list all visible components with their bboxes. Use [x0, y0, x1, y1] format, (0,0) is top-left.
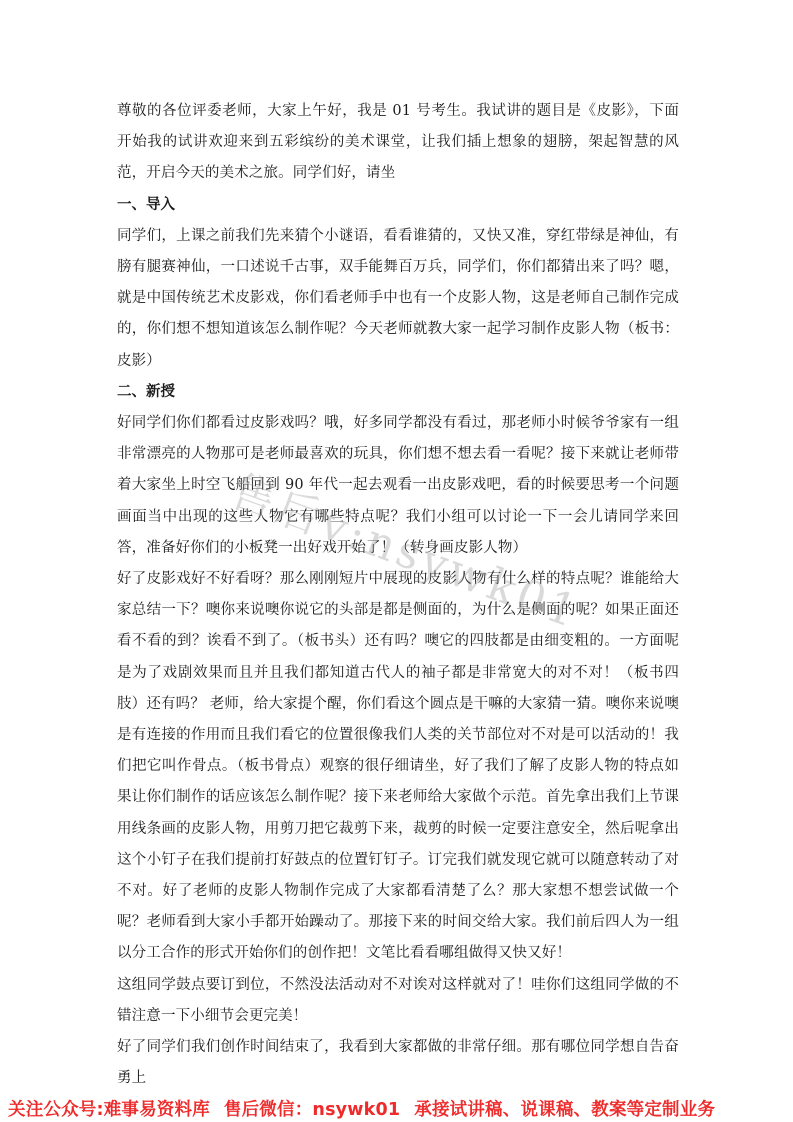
document-page: 尊敬的各位评委老师，大家上午好，我是 01 号考生。我试讲的题目是《皮影》，下面… — [117, 96, 679, 1095]
new-lesson-paragraph-3: 这组同学鼓点要订到位，不然没法活动对不对诶对这样就对了！哇你们这组同学做的不错注… — [117, 970, 679, 1032]
intro-paragraph: 尊敬的各位评委老师，大家上午好，我是 01 号考生。我试讲的题目是《皮影》，下面… — [117, 96, 679, 190]
footer-after-sales-contact: 售后微信：nsywk01 — [224, 1096, 400, 1121]
new-lesson-paragraph-4: 好了同学们我们创作时间结束了，我看到大家都做的非常仔细。那有哪位同学想自告奋勇上 — [117, 1032, 679, 1094]
footer-banner: 关注公众号:难事易资料库 售后微信：nsywk01 承接试讲稿、说课稿、教案等定… — [0, 1094, 793, 1122]
section-heading-new-lesson: 二、新授 — [117, 377, 679, 408]
new-lesson-paragraph-2: 好了皮影戏好不好看呀？那么刚刚短片中展现的皮影人物有什么样的特点呢？谁能给大家总… — [117, 564, 679, 970]
footer-wechat-account: 关注公众号:难事易资料库 — [8, 1096, 210, 1121]
intro-section-paragraph: 同学们，上课之前我们先来猜个小谜语，看看谁猜的，又快又准，穿红带绿是神仙，有膀有… — [117, 221, 679, 377]
footer-service-description: 承接试讲稿、说课稿、教案等定制业务 — [414, 1096, 715, 1121]
section-heading-intro: 一、导入 — [117, 190, 679, 221]
new-lesson-paragraph-1: 好同学们你们都看过皮影戏吗？哦，好多同学都没有看过，那老师小时候爷爷家有一组非常… — [117, 408, 679, 564]
